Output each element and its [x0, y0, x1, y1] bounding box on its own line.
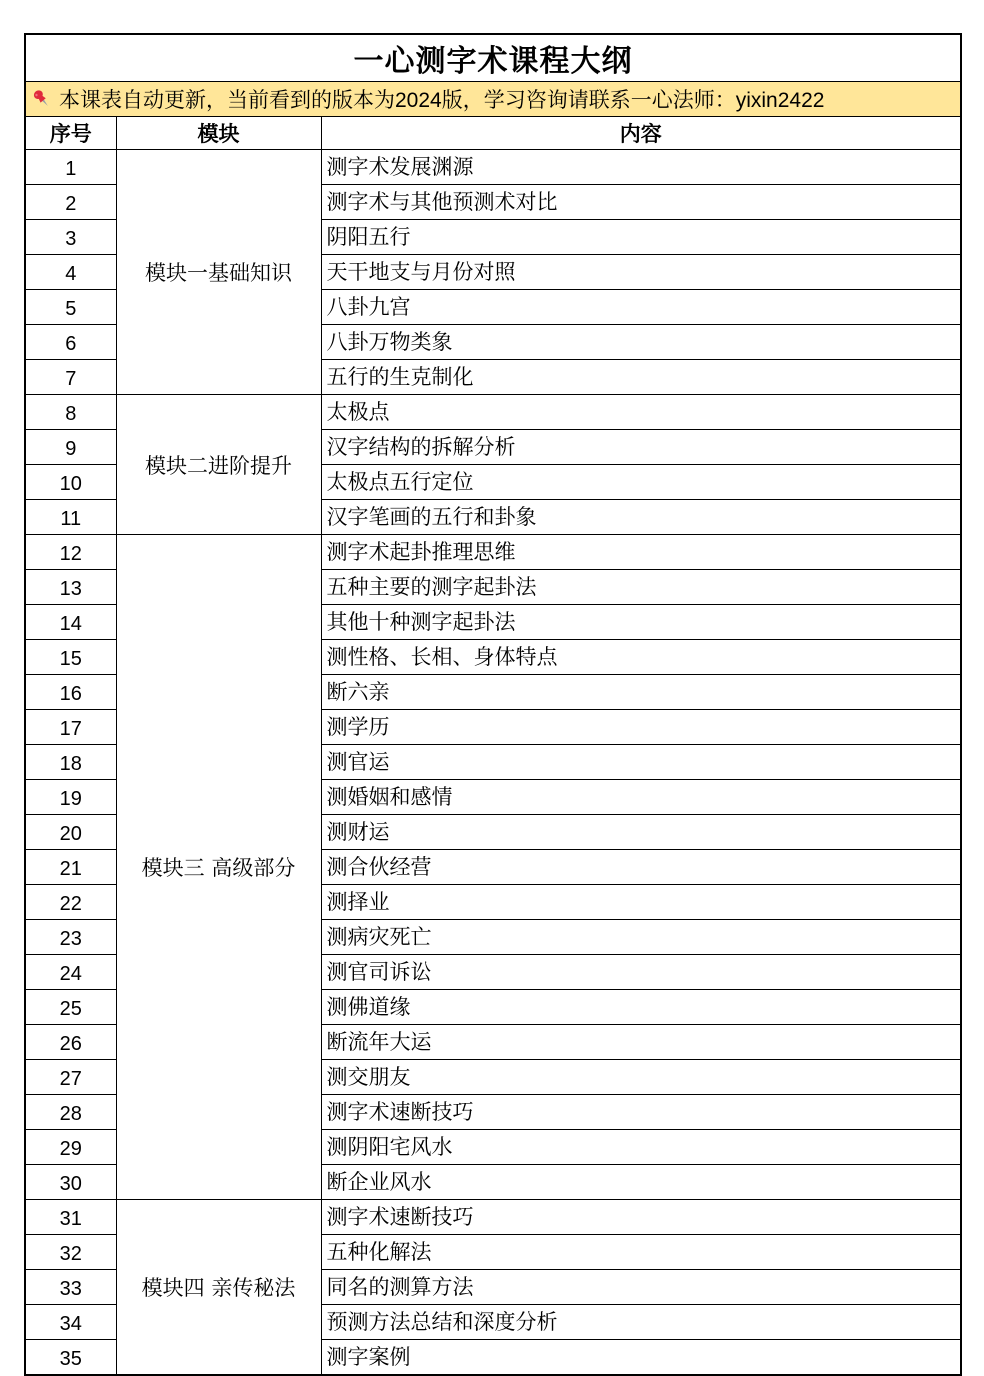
- row-number: 2: [25, 185, 116, 220]
- row-number: 24: [25, 955, 116, 990]
- table-row: 8 模块二进阶提升 太极点: [25, 395, 961, 430]
- row-number: 7: [25, 360, 116, 395]
- row-number: 14: [25, 605, 116, 640]
- row-number: 12: [25, 535, 116, 570]
- row-content: 测佛道缘: [321, 990, 961, 1025]
- row-content: 测官运: [321, 745, 961, 780]
- row-number: 31: [25, 1200, 116, 1235]
- row-content: 太极点: [321, 395, 961, 430]
- row-number: 1: [25, 150, 116, 185]
- row-content: 测学历: [321, 710, 961, 745]
- row-content: 八卦九宫: [321, 290, 961, 325]
- module-cell-1: 模块一基础知识: [116, 150, 321, 395]
- row-number: 32: [25, 1235, 116, 1270]
- row-number: 8: [25, 395, 116, 430]
- row-number: 4: [25, 255, 116, 290]
- row-content: 汉字结构的拆解分析: [321, 430, 961, 465]
- row-content: 测婚姻和感情: [321, 780, 961, 815]
- module-cell-2: 模块二进阶提升: [116, 395, 321, 535]
- row-content: 五种主要的测字起卦法: [321, 570, 961, 605]
- header-content: 内容: [321, 117, 961, 150]
- row-number: 6: [25, 325, 116, 360]
- row-number: 17: [25, 710, 116, 745]
- table-row: 1 模块一基础知识 测字术发展渊源: [25, 150, 961, 185]
- row-content: 测财运: [321, 815, 961, 850]
- row-number: 11: [25, 500, 116, 535]
- row-number: 26: [25, 1025, 116, 1060]
- row-content: 测字术发展渊源: [321, 150, 961, 185]
- row-content: 同名的测算方法: [321, 1270, 961, 1305]
- row-content: 测阴阳宅风水: [321, 1130, 961, 1165]
- row-number: 27: [25, 1060, 116, 1095]
- row-content: 八卦万物类象: [321, 325, 961, 360]
- row-content: 五行的生克制化: [321, 360, 961, 395]
- row-content: 测字术速断技巧: [321, 1095, 961, 1130]
- row-number: 25: [25, 990, 116, 1025]
- header-seq: 序号: [25, 117, 116, 150]
- row-content: 五种化解法: [321, 1235, 961, 1270]
- module-cell-4: 模块四 亲传秘法: [116, 1200, 321, 1376]
- row-number: 28: [25, 1095, 116, 1130]
- row-content: 汉字笔画的五行和卦象: [321, 500, 961, 535]
- row-content: 测病灾死亡: [321, 920, 961, 955]
- row-number: 13: [25, 570, 116, 605]
- row-content: 测字术起卦推理思维: [321, 535, 961, 570]
- row-content: 测合伙经营: [321, 850, 961, 885]
- row-number: 15: [25, 640, 116, 675]
- row-content: 天干地支与月份对照: [321, 255, 961, 290]
- row-content: 测字术速断技巧: [321, 1200, 961, 1235]
- row-number: 34: [25, 1305, 116, 1340]
- row-content: 阴阳五行: [321, 220, 961, 255]
- row-number: 18: [25, 745, 116, 780]
- row-number: 33: [25, 1270, 116, 1305]
- row-number: 35: [25, 1340, 116, 1376]
- row-number: 21: [25, 850, 116, 885]
- row-content: 测交朋友: [321, 1060, 961, 1095]
- row-content: 太极点五行定位: [321, 465, 961, 500]
- page-title: 一心测字术课程大纲: [25, 34, 961, 82]
- row-number: 23: [25, 920, 116, 955]
- title-row: 一心测字术课程大纲: [25, 34, 961, 82]
- module-cell-3: 模块三 高级部分: [116, 535, 321, 1200]
- pushpin-icon: [30, 87, 54, 111]
- header-module: 模块: [116, 117, 321, 150]
- row-number: 22: [25, 885, 116, 920]
- row-number: 20: [25, 815, 116, 850]
- row-number: 9: [25, 430, 116, 465]
- notice-text: 本课表自动更新，当前看到的版本为2024版，学习咨询请联系一心法师：yixin2…: [59, 84, 824, 114]
- spreadsheet-area: 一心测字术课程大纲 本课表自动更新，当前看到的版本为202: [24, 33, 962, 1376]
- table-row: 31 模块四 亲传秘法 测字术速断技巧: [25, 1200, 961, 1235]
- row-content: 其他十种测字起卦法: [321, 605, 961, 640]
- row-content: 预测方法总结和深度分析: [321, 1305, 961, 1340]
- row-number: 19: [25, 780, 116, 815]
- row-content: 断六亲: [321, 675, 961, 710]
- row-number: 3: [25, 220, 116, 255]
- row-content: 测官司诉讼: [321, 955, 961, 990]
- column-header-row: 序号 模块 内容: [25, 117, 961, 150]
- row-number: 30: [25, 1165, 116, 1200]
- row-content: 测性格、长相、身体特点: [321, 640, 961, 675]
- row-content: 断企业风水: [321, 1165, 961, 1200]
- table-row: 12 模块三 高级部分 测字术起卦推理思维: [25, 535, 961, 570]
- row-content: 测字案例: [321, 1340, 961, 1376]
- row-number: 10: [25, 465, 116, 500]
- course-outline-table: 一心测字术课程大纲 本课表自动更新，当前看到的版本为202: [24, 33, 962, 1376]
- row-number: 29: [25, 1130, 116, 1165]
- notice-banner: 本课表自动更新，当前看到的版本为2024版，学习咨询请联系一心法师：yixin2…: [25, 82, 961, 117]
- row-content: 断流年大运: [321, 1025, 961, 1060]
- notice-row: 本课表自动更新，当前看到的版本为2024版，学习咨询请联系一心法师：yixin2…: [25, 82, 961, 117]
- row-content: 测择业: [321, 885, 961, 920]
- row-number: 5: [25, 290, 116, 325]
- row-number: 16: [25, 675, 116, 710]
- row-content: 测字术与其他预测术对比: [321, 185, 961, 220]
